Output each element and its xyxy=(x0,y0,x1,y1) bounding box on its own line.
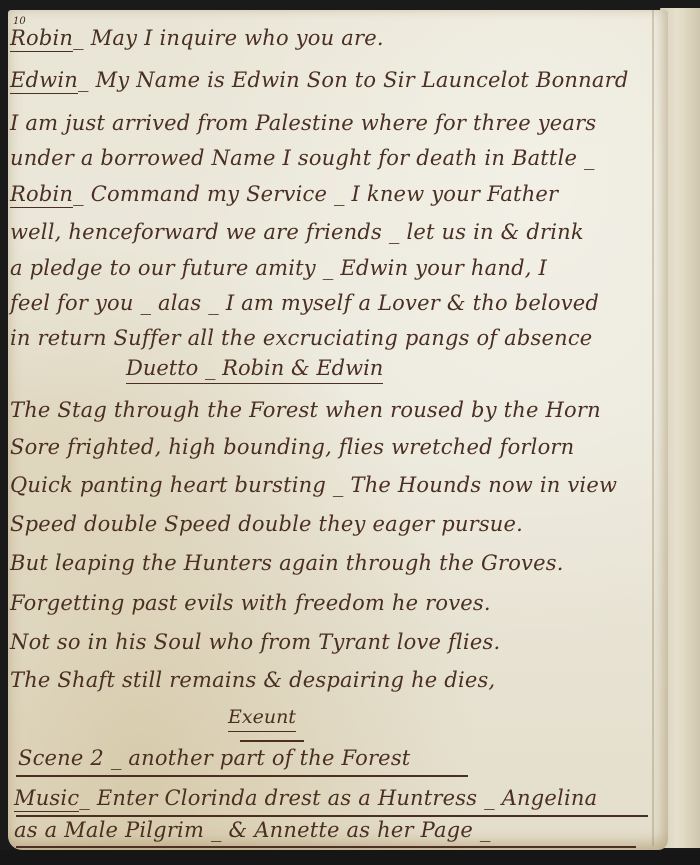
dialogue-text: _ My Name is Edwin Son to Sir Launcelot … xyxy=(78,68,628,92)
dialogue-line: under a borrowed Name I sought for death… xyxy=(10,148,595,169)
dialogue-text: a pledge to our future amity _ Edwin you… xyxy=(10,256,547,280)
music-direction-line: as a Male Pilgrim _ & Annette as her Pag… xyxy=(14,820,491,841)
dialogue-line: Edwin_ My Name is Edwin Son to Sir Launc… xyxy=(10,70,628,94)
music-direction-text: _ Enter Clorinda drest as a Huntress _ A… xyxy=(79,786,597,810)
music-direction-underline xyxy=(16,815,648,817)
song-line: Speed double Speed double they eager pur… xyxy=(10,514,523,535)
page-fold-line xyxy=(652,10,654,846)
dialogue-line: feel for you _ alas _ I am myself a Love… xyxy=(10,293,599,314)
dialogue-text: feel for you _ alas _ I am myself a Love… xyxy=(10,291,599,315)
dialogue-text: _ Command my Service _ I knew your Fathe… xyxy=(73,182,558,206)
song-line: The Shaft still remains & despairing he … xyxy=(10,670,495,691)
scene-heading-underline xyxy=(16,775,468,777)
double-underline xyxy=(240,740,304,742)
scan-border xyxy=(0,850,700,865)
duet-heading: Duetto _ Robin & Edwin xyxy=(126,358,383,384)
manuscript-page xyxy=(8,10,668,850)
music-direction-underline xyxy=(16,846,636,848)
song-line: But leaping the Hunters again through th… xyxy=(10,553,564,574)
exeunt-direction: Exeunt xyxy=(228,708,296,732)
dialogue-text: well, henceforward we are friends _ let … xyxy=(10,220,584,244)
dialogue-text: _ May I inquire who you are. xyxy=(73,26,384,50)
dialogue-line: I am just arrived from Palestine where f… xyxy=(10,113,596,134)
dialogue-text: under a borrowed Name I sought for death… xyxy=(10,146,595,170)
speaker-name: Robin xyxy=(10,28,73,52)
music-direction-line: Music_ Enter Clorinda drest as a Huntres… xyxy=(14,788,597,812)
song-line: Forgetting past evils with freedom he ro… xyxy=(10,593,491,614)
manuscript-scan: 10 Robin_ May I inquire who you are. Edw… xyxy=(0,0,700,865)
dialogue-line: a pledge to our future amity _ Edwin you… xyxy=(10,258,547,279)
dialogue-text: in return Suffer all the excruciating pa… xyxy=(10,326,592,350)
scene-heading: Scene 2 _ another part of the Forest xyxy=(18,748,410,769)
speaker-name: Edwin xyxy=(10,70,78,94)
song-line: Sore frighted, high bounding, flies wret… xyxy=(10,437,574,458)
dialogue-line: Robin_ Command my Service _ I knew your … xyxy=(10,184,558,208)
dialogue-text: I am just arrived from Palestine where f… xyxy=(10,111,596,135)
song-line: The Stag through the Forest when roused … xyxy=(10,400,601,421)
music-label: Music xyxy=(14,788,79,812)
speaker-name: Robin xyxy=(10,184,73,208)
song-line: Not so in his Soul who from Tyrant love … xyxy=(10,632,500,653)
dialogue-line: in return Suffer all the excruciating pa… xyxy=(10,328,592,349)
song-line: Quick panting heart bursting _ The Hound… xyxy=(10,475,617,496)
dialogue-line: Robin_ May I inquire who you are. xyxy=(10,28,384,52)
dialogue-line: well, henceforward we are friends _ let … xyxy=(10,222,584,243)
